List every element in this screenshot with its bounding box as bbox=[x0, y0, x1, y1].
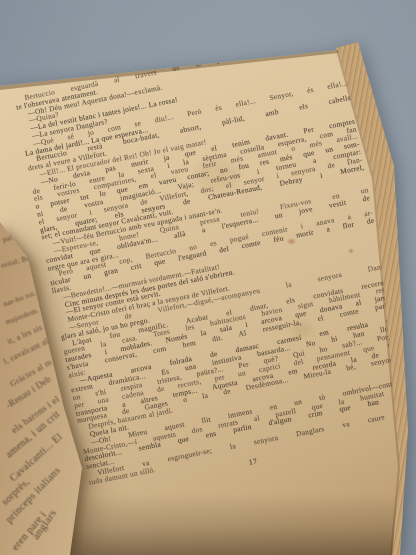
left-page-curl-face: pal haviaosital; Bertnar-ho tot.majordom… bbox=[0, 0, 416, 555]
left-page-text-fragment: osital; Bert bbox=[0, 253, 35, 270]
left-page-text-fragment: pal havia bbox=[2, 229, 31, 244]
left-page-curl: pal haviaosital; Bertnar-ho tot.majordom… bbox=[0, 0, 416, 555]
book-block: Bertuccio esguardà al travers de la port… bbox=[0, 0, 416, 555]
left-page-text-fragment: majordom. bbox=[4, 305, 40, 326]
left-page-text-fragment: nar-ho tot. bbox=[2, 288, 37, 308]
book-photo: Bertuccio esguardà al travers de la port… bbox=[0, 0, 416, 555]
